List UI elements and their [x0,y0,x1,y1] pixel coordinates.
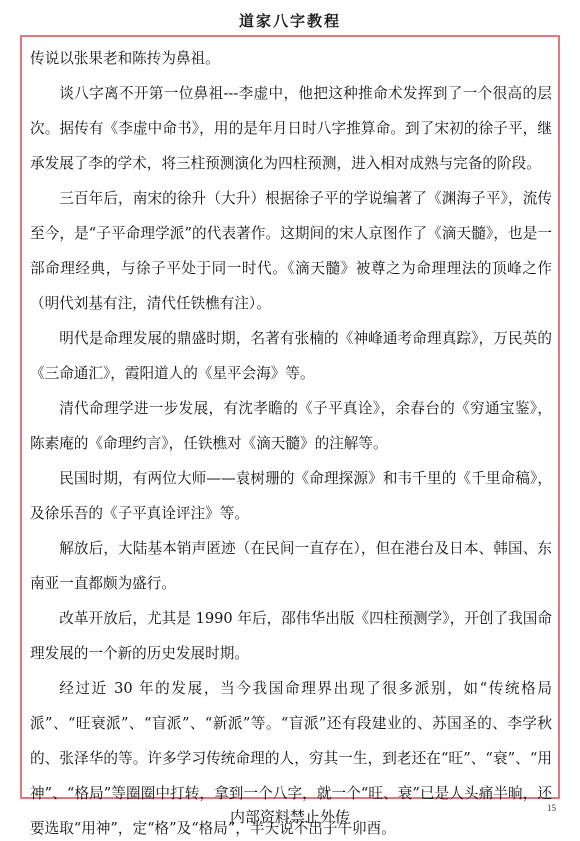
paragraph: 谈八字离不开第一位鼻祖---李虚中，他把这种推命术发挥到了一个很高的层次。据传有… [30,76,552,181]
page-number: 15 [547,803,556,813]
paragraph: 三百年后，南宋的徐升（大升）根据徐子平的学说编著了《渊海子平》，流传至今，是“子… [30,181,552,321]
paragraph: 民国时期，有两位大师——袁树珊的《命理探源》和韦千里的《千里命稿》，及徐乐吾的《… [30,461,552,531]
content-frame: 传说以张果老和陈抟为鼻祖。 谈八字离不开第一位鼻祖---李虚中，他把这种推命术发… [20,35,560,799]
page-header-title: 道家八字教程 [0,10,580,31]
footer-notice: 内部资料禁止外传 [0,806,580,827]
paragraph: 明代是命理发展的鼎盛时期，名著有张楠的《神峰通考命理真踪》，万民英的《三命通汇》… [30,321,552,391]
body-text: 传说以张果老和陈抟为鼻祖。 谈八字离不开第一位鼻祖---李虚中，他把这种推命术发… [30,41,552,841]
paragraph: 改革开放后，尤其是 1990 年后，邵伟华出版《四柱预测学》，开创了我国命理发展… [30,601,552,671]
paragraph: 传说以张果老和陈抟为鼻祖。 [30,41,552,76]
paragraph: 清代命理学进一步发展，有沈孝瞻的《子平真诠》，余春台的《穷通宝鉴》，陈素庵的《命… [30,391,552,461]
paragraph: 解放后，大陆基本销声匿迹（在民间一直存在），但在港台及日本、韩国、东南亚一直都颇… [30,531,552,601]
